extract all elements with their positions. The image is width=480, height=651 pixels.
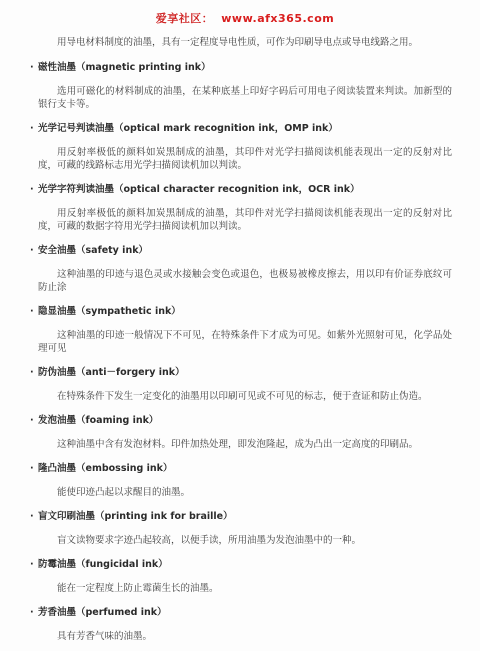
ink-description: 选用可磁化的材料制成的油墨，在某种底基上印好字码后可用电子阅读装置来判读。加新型… — [38, 85, 452, 111]
document-page: 爱享社区：www.afx365.com 用导电材料制度的油墨，具有一定程度导电性… — [0, 0, 480, 651]
bullet-icon: · — [30, 510, 38, 523]
ink-heading-label: 发泡油墨（foaming ink） — [38, 415, 158, 426]
ink-description: 能在一定程度上防止霉菌生长的油墨。 — [38, 582, 452, 595]
ink-heading-label: 芳香油墨（perfumed ink） — [38, 607, 167, 618]
site-header: 爱享社区：www.afx365.com — [38, 10, 452, 26]
ink-heading: ·光学记号判读油墨（optical mark recognition ink，O… — [30, 122, 452, 135]
ink-heading-label: 光学字符判读油墨（optical character recognition i… — [38, 184, 360, 195]
ink-description: 在特殊条件下发生一定变化的油墨用以印刷可见或不可见的标志，便于查证和防止伪造。 — [38, 390, 452, 403]
ink-section: ·光学字符判读油墨（optical character recognition … — [38, 183, 452, 233]
bullet-icon: · — [30, 61, 38, 74]
ink-description: 具有芳香气味的油墨。 — [38, 630, 452, 643]
ink-section: ·防霉油墨（fungicidal ink） 能在一定程度上防止霉菌生长的油墨。 — [38, 558, 452, 595]
ink-heading: ·隐显油墨（sympathetic ink） — [30, 305, 452, 318]
ink-heading: ·芳香油墨（perfumed ink） — [30, 606, 452, 619]
ink-section: ·安全油墨（safety ink） 这种油墨的印迹与退色灵或水接触会变色或退色，… — [38, 244, 452, 294]
ink-heading-label: 防伪油墨（anti－forgery ink） — [38, 367, 185, 378]
bullet-icon: · — [30, 558, 38, 571]
ink-heading-label: 隆凸油墨（embossing ink） — [38, 463, 172, 474]
ink-section: ·芳香油墨（perfumed ink） 具有芳香气味的油墨。 — [38, 606, 452, 643]
ink-section: ·隆凸油墨（embossing ink） 能使印迹凸起以求醒目的油墨。 — [38, 462, 452, 499]
ink-section: ·光学记号判读油墨（optical mark recognition ink，O… — [38, 122, 452, 172]
bullet-icon: · — [30, 606, 38, 619]
bullet-icon: · — [30, 366, 38, 379]
site-name-label: 爱享社区： — [156, 12, 214, 25]
ink-heading-label: 磁性油墨（magnetic printing ink） — [38, 62, 211, 73]
ink-heading: ·光学字符判读油墨（optical character recognition … — [30, 183, 452, 196]
ink-heading-label: 防霉油墨（fungicidal ink） — [38, 559, 168, 570]
ink-section: ·隐显油墨（sympathetic ink） 这种油墨的印迹一般情况下不可见，在… — [38, 305, 452, 355]
ink-description: 这种油墨中含有发泡材料。印件加热处理，即发泡隆起，成为凸出一定高度的印刷品。 — [38, 438, 452, 451]
ink-description: 这种油墨的印迹一般情况下不可见，在特殊条件下才成为可见。如紫外光照射可见，化学品… — [38, 329, 452, 355]
ink-heading: ·隆凸油墨（embossing ink） — [30, 462, 452, 475]
bullet-icon: · — [30, 122, 38, 135]
bullet-icon: · — [30, 462, 38, 475]
ink-heading-label: 盲文印刷油墨（printing ink for braille） — [38, 511, 233, 522]
ink-heading-label: 安全油墨（safety ink） — [38, 245, 148, 256]
bullet-icon: · — [30, 305, 38, 318]
ink-description: 这种油墨的印迹与退色灵或水接触会变色或退色，也极易被橡皮擦去，用以印有价证券底纹… — [38, 268, 452, 294]
bullet-icon: · — [30, 414, 38, 427]
ink-section: ·防伪油墨（anti－forgery ink） 在特殊条件下发生一定变化的油墨用… — [38, 366, 452, 403]
bullet-icon: · — [30, 183, 38, 196]
ink-section: ·盲文印刷油墨（printing ink for braille） 盲文读物要求… — [38, 510, 452, 547]
ink-heading: ·安全油墨（safety ink） — [30, 244, 452, 257]
ink-section: ·发泡油墨（foaming ink） 这种油墨中含有发泡材料。印件加热处理，即发… — [38, 414, 452, 451]
ink-description: 用反射率极低的颜料加炭黑制成的油墨，其印件对光学扫描阅读机能表现出一定的反射对比… — [38, 207, 452, 233]
ink-description: 盲文读物要求字迹凸起较高，以便手读，所用油墨为发泡油墨中的一种。 — [38, 534, 452, 547]
ink-heading: ·防伪油墨（anti－forgery ink） — [30, 366, 452, 379]
site-url-link[interactable]: www.afx365.com — [221, 12, 334, 25]
ink-heading-label: 隐显油墨（sympathetic ink） — [38, 306, 181, 317]
ink-section: ·磁性油墨（magnetic printing ink） 选用可磁化的材料制成的… — [38, 61, 452, 111]
ink-heading: ·发泡油墨（foaming ink） — [30, 414, 452, 427]
ink-description: 能使印迹凸起以求醒目的油墨。 — [38, 486, 452, 499]
bullet-icon: · — [30, 244, 38, 257]
intro-paragraph: 用导电材料制度的油墨，具有一定程度导电性质，可作为印刷导电点或导电线路之用。 — [38, 36, 452, 49]
ink-heading: ·磁性油墨（magnetic printing ink） — [30, 61, 452, 74]
ink-heading-label: 光学记号判读油墨（optical mark recognition ink，OM… — [38, 123, 338, 134]
ink-heading: ·盲文印刷油墨（printing ink for braille） — [30, 510, 452, 523]
sections: ·磁性油墨（magnetic printing ink） 选用可磁化的材料制成的… — [38, 61, 452, 643]
ink-description: 用反射率极低的颜料如炭黑制成的油墨，其印件对光学扫描阅读机能表现出一定的反射对比… — [38, 146, 452, 172]
ink-heading: ·防霉油墨（fungicidal ink） — [30, 558, 452, 571]
